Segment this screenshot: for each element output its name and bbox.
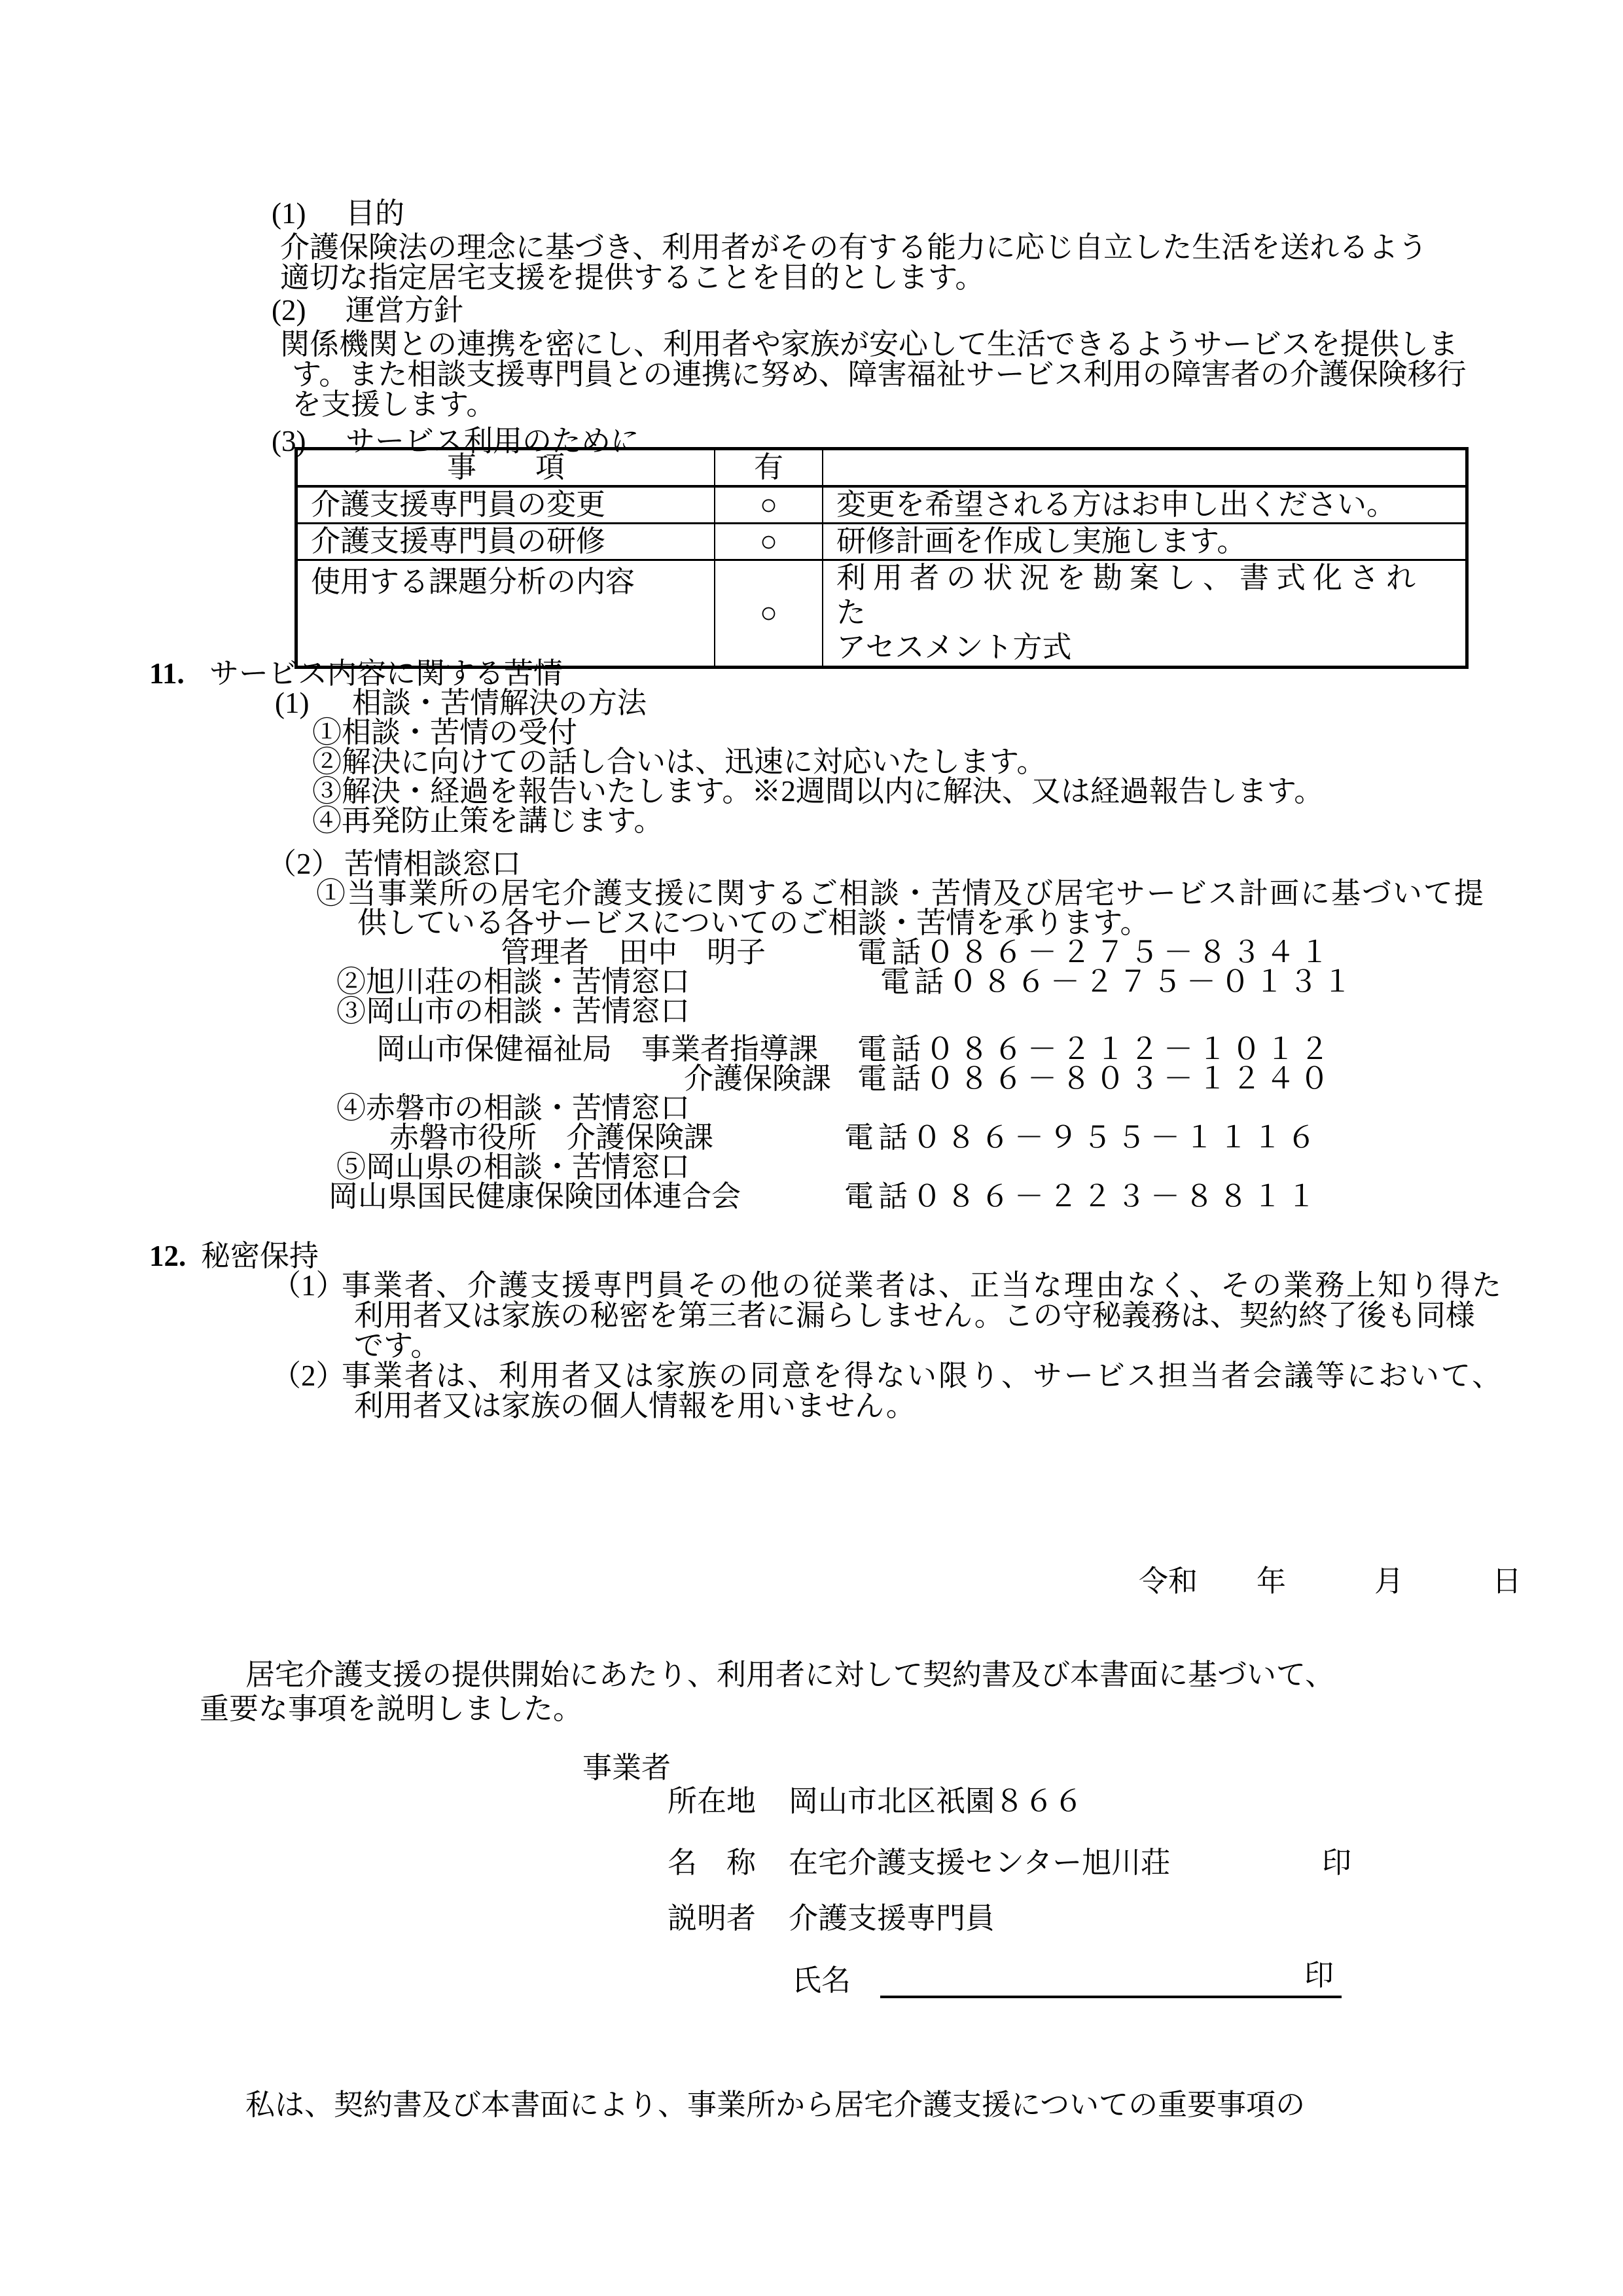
contact-kokuho-rengokai-phone: 電話０８６－２２３－８８１１	[844, 1180, 1321, 1213]
row-item: 介護支援専門員の変更	[296, 486, 715, 524]
explainer-label: 説明者	[668, 1901, 789, 1936]
signature-seal-mark: 印	[1304, 1958, 1334, 1993]
explainer-line: 説明者介護支援専門員	[668, 1901, 995, 1936]
contact-akaiwa-office-phone: 電話０８６－９５５－１１１６	[844, 1121, 1321, 1154]
table-row: 介護支援専門員の研修 ○ 研修計画を作成し実施します。	[296, 524, 1467, 560]
table-row: 使用する課題分析の内容 ○ 利用者の状況を勘案し、書式化された アセスメント方式	[296, 560, 1467, 667]
row-desc: 研修計画を作成し実施します。	[823, 524, 1467, 560]
document-page: (1)目的 介護保険法の理念に基づき、利用者がその有する能力に応じ自立した生活を…	[0, 0, 1623, 2296]
row-desc: 変更を希望される方はお申し出ください。	[823, 486, 1467, 524]
goal-heading: (1)目的	[272, 196, 404, 231]
name-value: 在宅介護支援センター旭川荘	[789, 1846, 1322, 1880]
goal-body-line2: 適切な指定居宅支援を提供することを目的とします。	[280, 260, 984, 295]
declaration-line2: 重要な事項を説明しました。	[200, 1692, 582, 1727]
sec12-sub1-label: （1）	[272, 1268, 342, 1303]
policy-body-line3: を支援します。	[292, 387, 495, 422]
contact-kaigo-hoken-ka-label: 介護保険課	[684, 1062, 857, 1096]
header-desc	[823, 449, 1467, 487]
row-flag: ○	[715, 560, 823, 667]
policy-title: 運営方針	[346, 294, 463, 327]
sec11-method-4: ④再発防止策を講じます。	[312, 804, 663, 838]
row-desc-line1: 利用者の状況を勘案し、書式化された	[836, 561, 1452, 630]
contact-okayama-city: ③岡山市の相談・苦情窓口	[336, 994, 690, 1029]
row-flag: ○	[715, 486, 823, 524]
policy-heading: (2)運営方針	[272, 293, 463, 328]
contact-kaigo-hoken-ka-phone: 電話０８６－８０３－１２４０	[857, 1062, 1334, 1095]
sec12-title: 秘密保持	[201, 1240, 319, 1272]
contact-asahigawaso-phone: 電話０８６－２７５－０１３１	[880, 965, 1357, 998]
sec12-sub1-line2: 利用者又は家族の秘密を第三者に漏らしません。この守秘義務は、契約終了後も同様	[354, 1299, 1475, 1333]
contact-kokuho-rengokai-label: 岡山県国民健康保険団体連合会	[329, 1179, 844, 1214]
sec12-sub2-line2: 利用者又は家族の個人情報を用いません。	[354, 1389, 916, 1424]
table-row: 介護支援専門員の変更 ○ 変更を希望される方はお申し出ください。	[296, 486, 1467, 524]
contact-kaigo-hoken-ka: 介護保険課電話０８６－８０３－１２４０	[684, 1062, 1334, 1096]
row-desc-line2: アセスメント方式	[836, 630, 1452, 665]
sec11-title: サービス内容に関する苦情	[209, 657, 563, 690]
name-seal-mark: 印	[1322, 1846, 1351, 1879]
date-line: 令和 年 月 日	[1139, 1564, 1522, 1599]
signature-label: 氏名	[792, 1964, 851, 1997]
address-value: 岡山市北区祇園８６６	[789, 1785, 1083, 1818]
acknowledgement-line: 私は、契約書及び本書面により、事業所から居宅介護支援についての重要事項の	[245, 2088, 1305, 2123]
row-item: 介護支援専門員の研修	[296, 524, 715, 560]
provider-address-line: 所在地岡山市北区祇園８６６	[668, 1784, 1083, 1819]
header-item: 事 項	[296, 449, 715, 487]
address-label: 所在地	[668, 1784, 789, 1819]
signature-line: 氏名印	[792, 1964, 1342, 1998]
goal-title: 目的	[346, 197, 404, 230]
contact-manager-phone: 電話０８６－２７５－８３４１	[857, 936, 1334, 969]
service-items-table: 事 項 有 介護支援専門員の変更 ○ 変更を希望される方はお申し出ください。 介…	[294, 447, 1469, 669]
sec11-sub2-title: 苦情相談窓口	[344, 848, 521, 880]
sec12-number: 12.	[149, 1239, 201, 1274]
header-flag: 有	[715, 449, 823, 487]
sec12-sub2-label: （2）	[272, 1359, 342, 1393]
row-desc: 利用者の状況を勘案し、書式化された アセスメント方式	[823, 560, 1467, 667]
provider-label: 事業者	[582, 1751, 671, 1785]
policy-label: (2)	[272, 293, 346, 328]
goal-label: (1)	[272, 196, 346, 231]
sec11-number: 11.	[149, 656, 209, 691]
explainer-value: 介護支援専門員	[789, 1902, 995, 1935]
row-flag: ○	[715, 524, 823, 560]
signature-blank-field: 印	[880, 1968, 1342, 1998]
contact-kokuho-rengokai: 岡山県国民健康保険団体連合会電話０８６－２２３－８８１１	[329, 1179, 1321, 1214]
provider-name-line: 名 称在宅介護支援センター旭川荘印	[668, 1846, 1351, 1880]
row-item: 使用する課題分析の内容	[296, 560, 715, 667]
contact-okayama-welfare-phone: 電話０８６－２１２－１０１２	[857, 1033, 1334, 1066]
name-label: 名 称	[668, 1846, 789, 1880]
sec11-sub1-title: 相談・苦情解決の方法	[352, 687, 647, 719]
table-header-row: 事 項 有	[296, 449, 1467, 487]
declaration-line1: 居宅介護支援の提供開始にあたり、利用者に対して契約書及び本書面に基づいて、	[245, 1658, 1334, 1693]
